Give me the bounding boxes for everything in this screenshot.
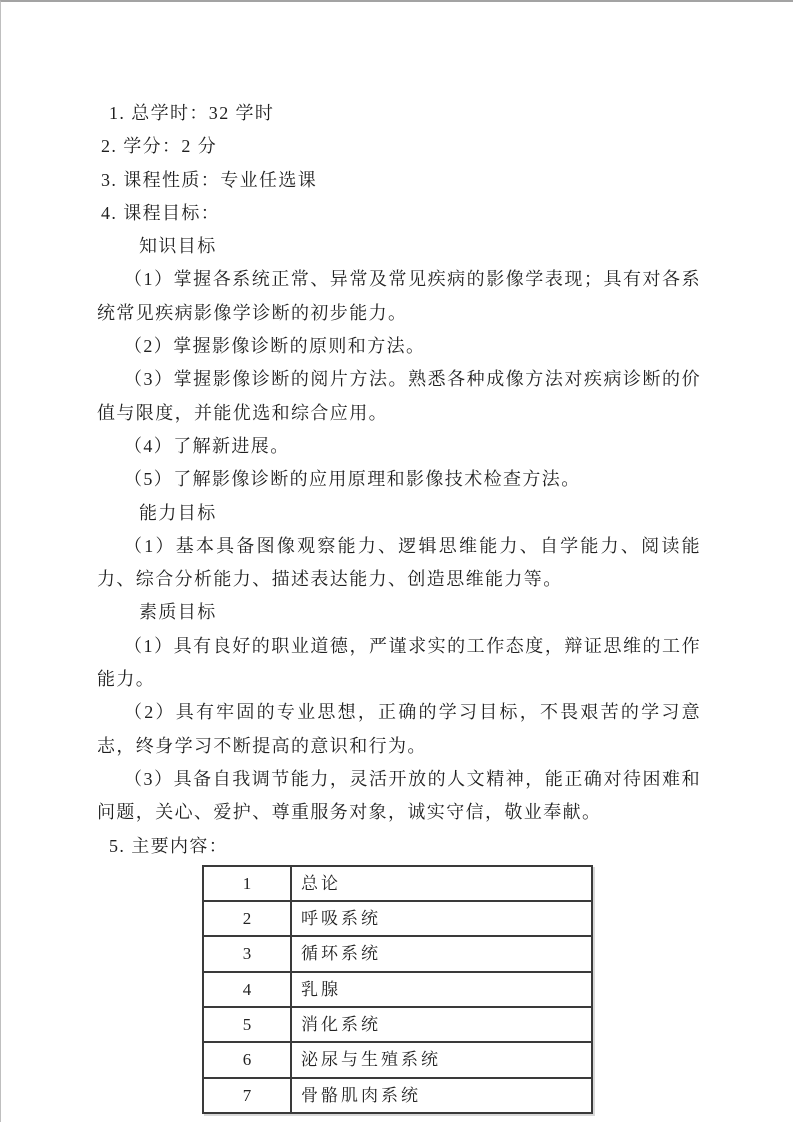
quality-goal-1: （1）具有良好的职业道德，严谨求实的工作态度，辩证思维的工作能力。 bbox=[97, 630, 701, 697]
ability-goal-1: （1）基本具备图像观察能力、逻辑思维能力、自学能力、阅读能力、综合分析能力、描述… bbox=[97, 530, 701, 597]
row-title-cell: 循环系统 bbox=[291, 936, 592, 971]
row-title-cell: 乳腺 bbox=[291, 972, 592, 1007]
row-title-cell: 总论 bbox=[291, 866, 592, 901]
table-row: 6 泌尿与生殖系统 bbox=[203, 1042, 592, 1077]
item-main-content: 5. 主要内容： bbox=[97, 830, 701, 863]
knowledge-goal-2: （2）掌握影像诊断的原则和方法。 bbox=[97, 330, 701, 363]
table-row: 1 总论 bbox=[203, 866, 592, 901]
document-body: 1. 总学时：32 学时 2. 学分：2 分 3. 课程性质：专业任选课 4. … bbox=[97, 97, 701, 1114]
item-course-nature: 3. 课程性质：专业任选课 bbox=[97, 164, 701, 197]
item-total-hours: 1. 总学时：32 学时 bbox=[97, 97, 701, 130]
main-content-table: 1 总论 2 呼吸系统 3 循环系统 4 乳腺 5 消化系统 bbox=[202, 865, 593, 1114]
row-number-cell: 2 bbox=[203, 901, 291, 936]
heading-ability-goals: 能力目标 bbox=[97, 497, 701, 530]
knowledge-goal-3: （3）掌握影像诊断的阅片方法。熟悉各种成像方法对疾病诊断的价值与限度，并能优选和… bbox=[97, 363, 701, 430]
row-number-cell: 1 bbox=[203, 866, 291, 901]
quality-goal-3: （3）具备自我调节能力，灵活开放的人文精神，能正确对待困难和问题，关心、爱护、尊… bbox=[97, 763, 701, 830]
row-number-cell: 5 bbox=[203, 1007, 291, 1042]
table-row: 7 骨骼肌肉系统 bbox=[203, 1078, 592, 1113]
table-row: 2 呼吸系统 bbox=[203, 901, 592, 936]
item-course-goals: 4. 课程目标： bbox=[97, 197, 701, 230]
row-number-cell: 4 bbox=[203, 972, 291, 1007]
row-title-cell: 消化系统 bbox=[291, 1007, 592, 1042]
item-credits: 2. 学分：2 分 bbox=[97, 130, 701, 163]
row-number-cell: 3 bbox=[203, 936, 291, 971]
knowledge-goal-4: （4）了解新进展。 bbox=[97, 430, 701, 463]
table-row: 3 循环系统 bbox=[203, 936, 592, 971]
row-number-cell: 6 bbox=[203, 1042, 291, 1077]
heading-quality-goals: 素质目标 bbox=[97, 596, 701, 629]
row-title-cell: 呼吸系统 bbox=[291, 901, 592, 936]
table-row: 4 乳腺 bbox=[203, 972, 592, 1007]
row-number-cell: 7 bbox=[203, 1078, 291, 1113]
document-page: 1. 总学时：32 学时 2. 学分：2 分 3. 课程性质：专业任选课 4. … bbox=[0, 0, 793, 1122]
knowledge-goal-5: （5）了解影像诊断的应用原理和影像技术检查方法。 bbox=[97, 463, 701, 496]
table-row: 5 消化系统 bbox=[203, 1007, 592, 1042]
heading-knowledge-goals: 知识目标 bbox=[97, 230, 701, 263]
quality-goal-2: （2）具有牢固的专业思想，正确的学习目标，不畏艰苦的学习意志，终身学习不断提高的… bbox=[97, 696, 701, 763]
knowledge-goal-1: （1）掌握各系统正常、异常及常见疾病的影像学表现；具有对各系统常见疾病影像学诊断… bbox=[97, 263, 701, 330]
row-title-cell: 骨骼肌肉系统 bbox=[291, 1078, 592, 1113]
row-title-cell: 泌尿与生殖系统 bbox=[291, 1042, 592, 1077]
